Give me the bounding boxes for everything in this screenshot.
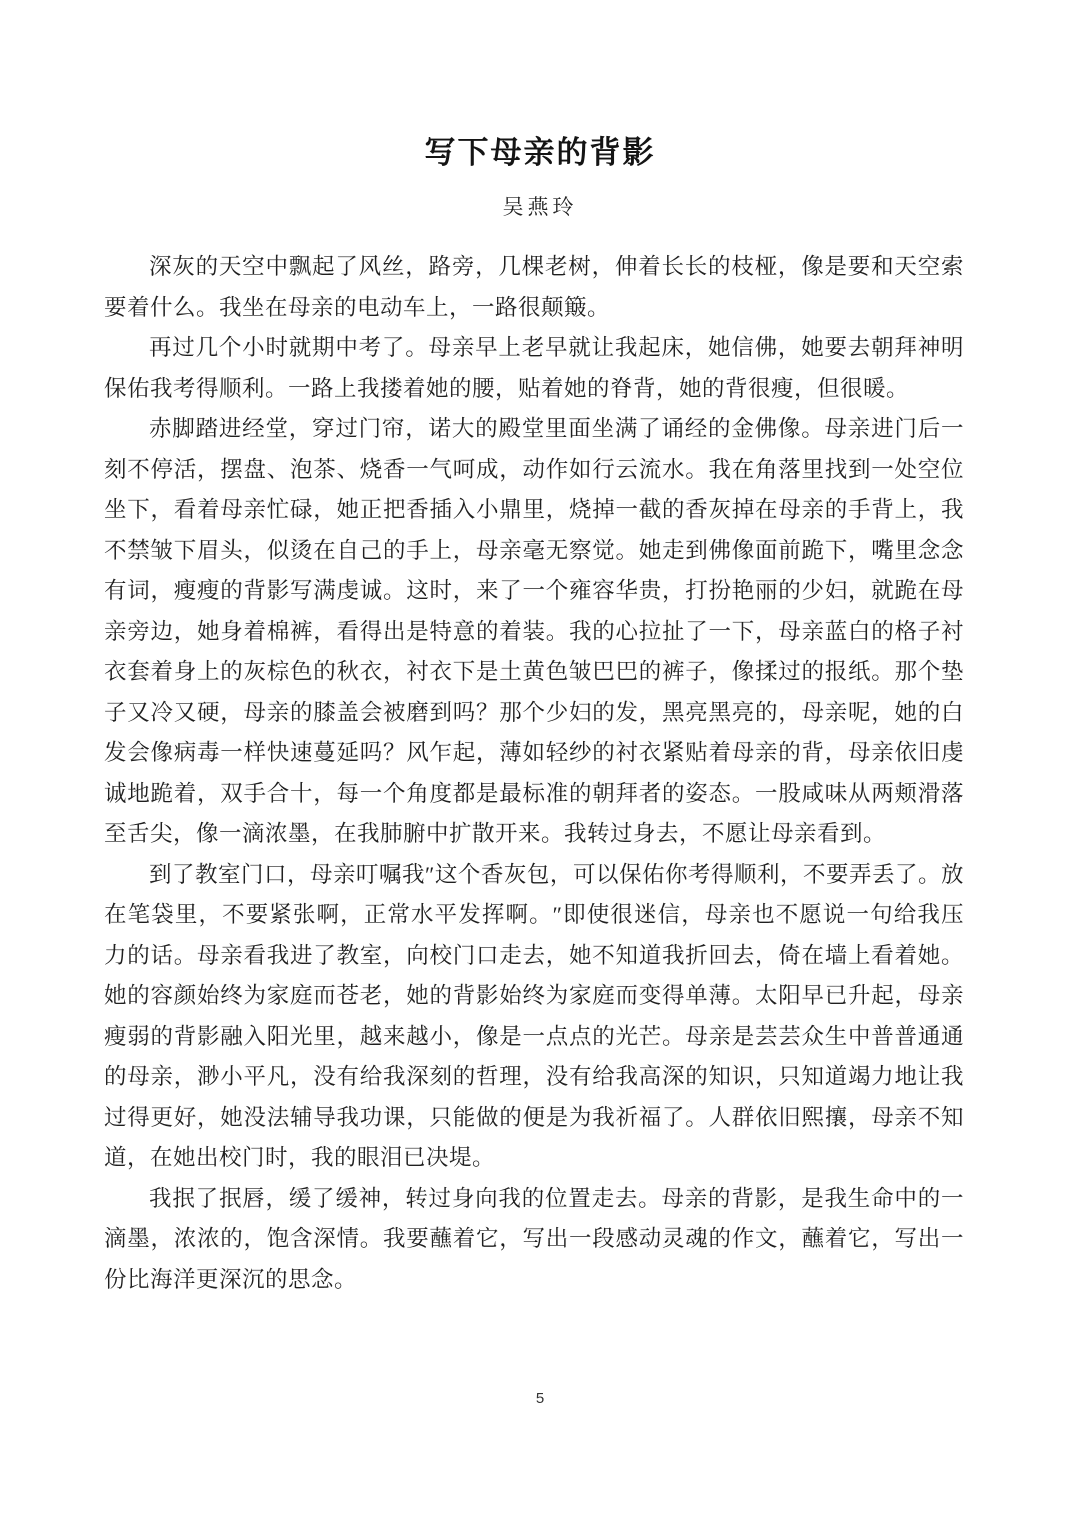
essay-paragraph: 到了教室门口，母亲叮嘱我″这个香灰包，可以保佑你考得顺利，不要弄丢了。放在笔袋里…: [104, 855, 964, 1179]
document-page: 写下母亲的背影 吴燕玲 深灰的天空中飘起了风丝，路旁，几棵老树，伸着长长的枝桠，…: [0, 0, 1080, 1528]
essay-paragraph: 我抿了抿唇，缓了缓神，转过身向我的位置走去。母亲的背影，是我生命中的一滴墨，浓浓…: [104, 1179, 964, 1301]
essay-author: 吴燕玲: [0, 192, 1080, 222]
essay-body: 深灰的天空中飘起了风丝，路旁，几棵老树，伸着长长的枝桠，像是要和天空索要着什么。…: [0, 247, 1080, 1300]
essay-paragraph: 深灰的天空中飘起了风丝，路旁，几棵老树，伸着长长的枝桠，像是要和天空索要着什么。…: [104, 247, 964, 328]
essay-paragraph: 再过几个小时就期中考了。母亲早上老早就让我起床，她信佛，她要去朝拜神明保佑我考得…: [104, 328, 964, 409]
essay-title: 写下母亲的背影: [0, 0, 1080, 174]
page-number: 5: [0, 1390, 1080, 1407]
essay-paragraph: 赤脚踏进经堂，穿过门帘，诺大的殿堂里面坐满了诵经的金佛像。母亲进门后一刻不停活，…: [104, 409, 964, 855]
